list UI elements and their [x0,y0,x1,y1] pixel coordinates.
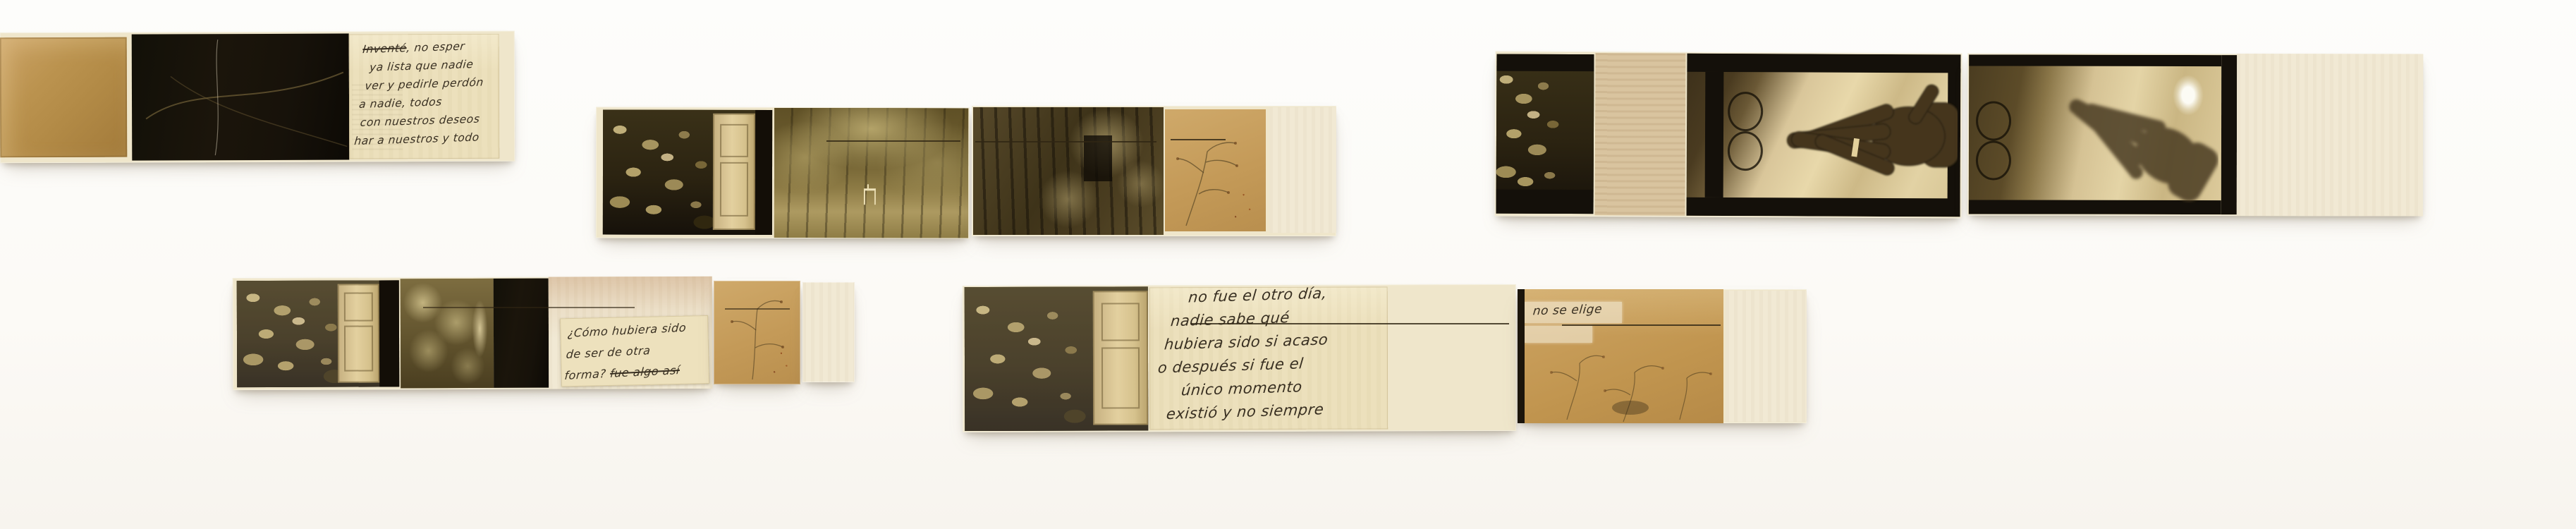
film-band-top [1969,54,2221,66]
ink-rule-line [1562,324,1721,326]
film-band-bottom [1496,190,1594,214]
film-scratches [132,34,350,161]
film-band-top [1687,54,1960,73]
blank-cream-panel [1269,107,1336,233]
twig-drawing [1165,109,1266,231]
ink-rule-line [826,140,960,142]
dark-woods-photo [973,107,1164,235]
struck-word: Inventé [362,42,408,56]
wood-blank-panel [1595,53,1686,216]
gallery-wall: Inventé, no esper ya lista que nadie ver… [0,0,2576,529]
struck-words: fue algo así [609,363,680,380]
tape-text: no se elige [1532,303,1603,319]
handwritten-note-paper-5: no fue el otro día, nadie sabe qué hubie… [1149,286,1388,430]
amber-square [0,37,127,158]
strip-5-board-right: no se elige [1518,289,1807,423]
strip-4-board-left: ¿Cómo hubiera sido de ser de otra forma?… [233,276,713,390]
note-line: har a nuestros y todo [353,128,493,150]
blank-cream-panel [2237,54,2423,216]
ink-rule-line [975,141,1156,142]
film-band-top [1496,54,1594,72]
tape-strip [1525,326,1592,343]
black-film-panel [494,279,549,388]
strip-3-board-left [1494,51,1962,219]
open-door [713,114,755,230]
twig-drawing [714,281,800,384]
blurred-rocks-photo [401,279,494,388]
dark-doorway [755,110,772,235]
blurred-hand [2024,79,2218,203]
strip-3-board-right [1967,53,2423,216]
hanging-eyeglasses [1976,101,2008,178]
black-film-panel [132,34,350,161]
hand-on-fabric-photo-2 [1969,54,2221,214]
ink-rule-line [1171,139,1226,140]
handwritten-note-paper-1: Inventé, no esper ya lista que nadie ver… [349,34,500,159]
strip-2-board-left [596,107,970,239]
film-band-vertical [1705,72,1724,197]
blank-cream-panel [1726,291,1807,422]
ink-rule-line [1190,323,1509,324]
pasted-note-card: ¿Cómo hubiera sido de ser de otra forma?… [560,315,709,387]
dark-edge-band [1518,289,1525,423]
white-chair [863,188,875,205]
stone-wall-sliver-photo [1496,54,1594,214]
stone-wall-door-photo [237,280,400,387]
strip-4-end-panel [802,282,855,382]
garden-chair-photo [774,108,968,238]
ink-rule-line [725,308,790,310]
stone-wall-door-photo [965,286,1149,431]
strip-1: Inventé, no esper ya lista que nadie ver… [0,31,515,164]
hand-on-fabric-photo-1 [1686,54,1960,217]
open-door [337,284,379,383]
ink-rule-line [423,307,635,308]
strip-4-twig-panel [714,281,800,384]
dried-twig-panel [1165,109,1266,231]
wrinkled-hand-with-ring [1747,73,1958,195]
strip-5-board-left: no fue el otro día, nadie sabe qué hubie… [963,284,1517,432]
film-band-bottom [1686,197,1960,217]
dried-plants-photo: no se elige [1525,289,1723,423]
dark-doorway [379,280,399,387]
open-door [1093,291,1148,425]
blurred-figure [470,298,490,375]
stone-wall-door-photo [603,110,772,235]
film-band-vertical [2221,55,2237,214]
strip-2-board-right [972,106,1336,236]
